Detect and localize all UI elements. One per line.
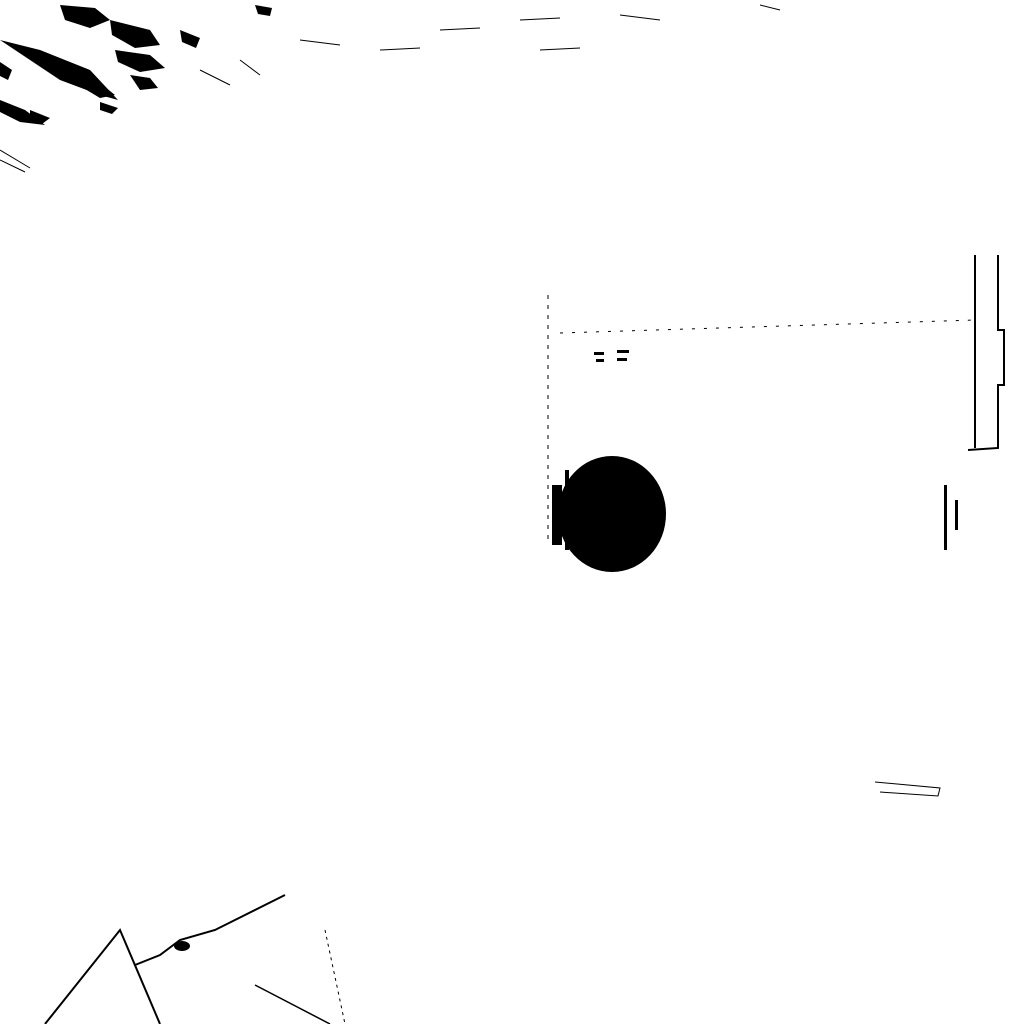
- floor-object: [45, 895, 345, 1024]
- floor-object-shadow: [174, 941, 190, 951]
- small-bracket-marks: [594, 350, 629, 362]
- small-ledge: [875, 782, 940, 796]
- textured-surface: [0, 5, 272, 125]
- vertical-marks: [944, 485, 958, 550]
- scene: [0, 0, 1024, 1024]
- dark-disc: [552, 456, 666, 572]
